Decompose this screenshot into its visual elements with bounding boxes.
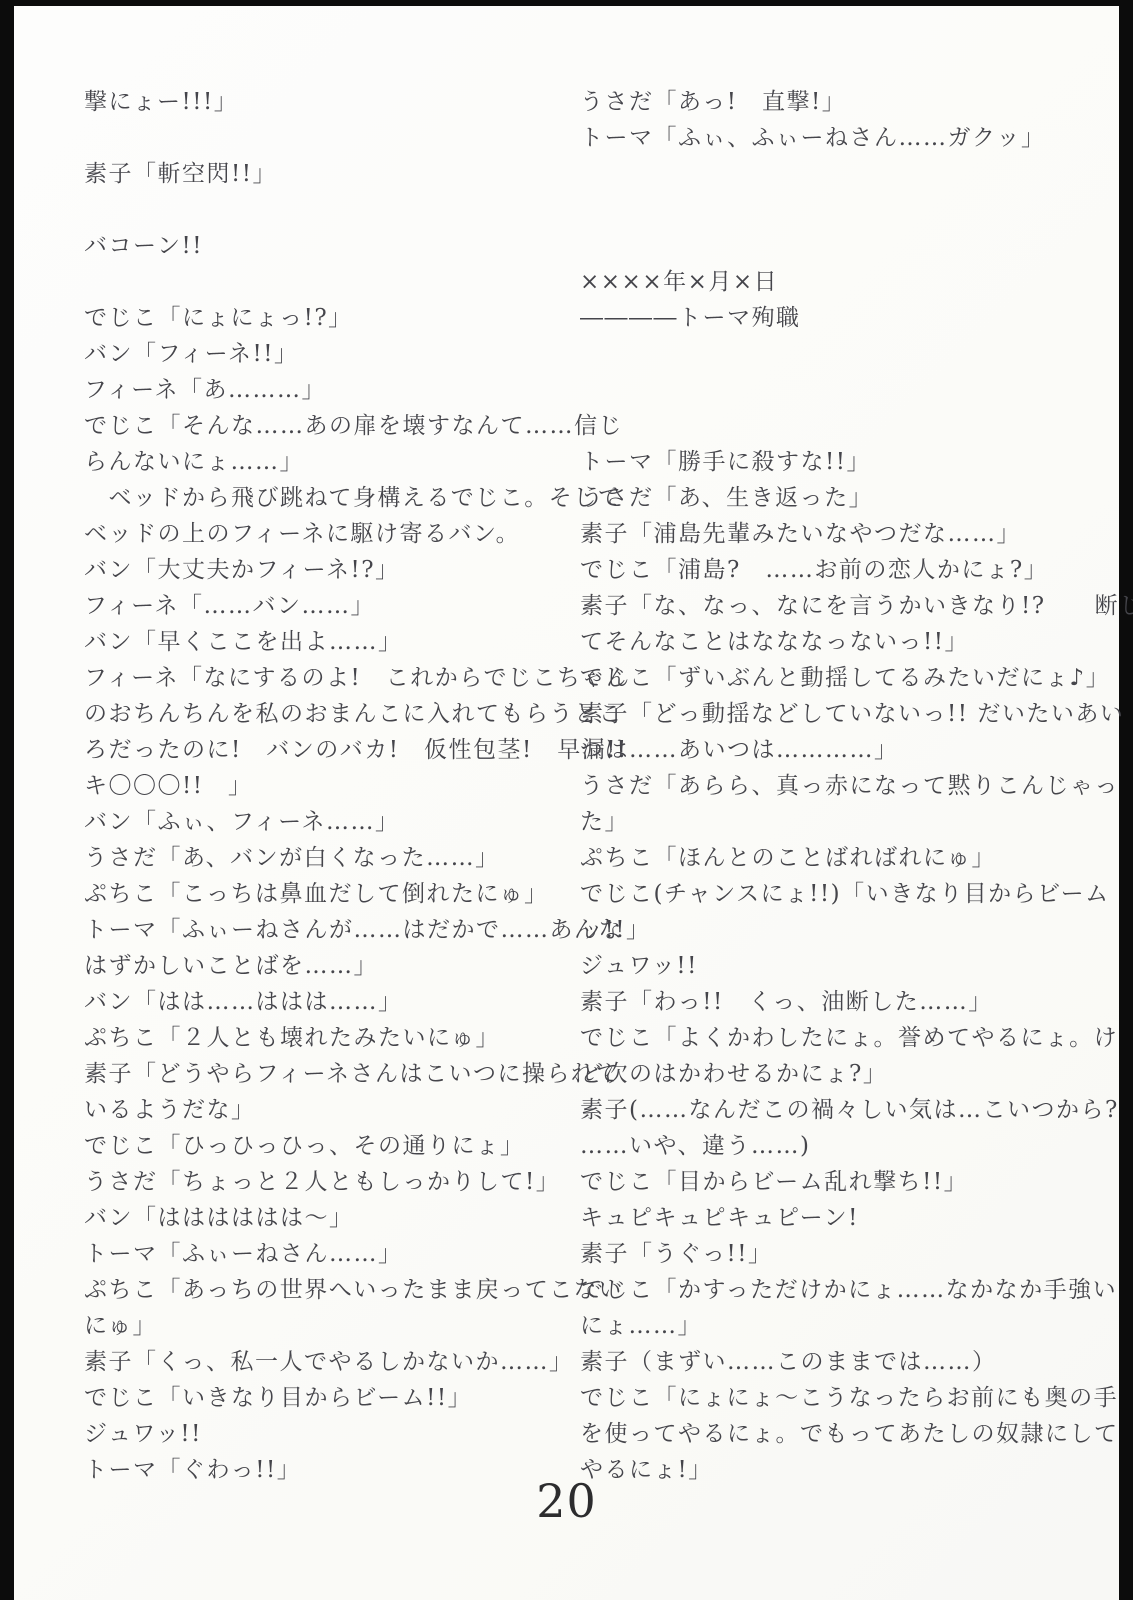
- text-line: バン「早くここを出よ……」: [84, 624, 564, 660]
- scanned-page: 撃にょー!!!」 素子「斬空閃!!」 バコーン!! でじこ「にょにょっ!?」バン…: [0, 0, 1133, 1600]
- text-line: ど次のはかわせるかにょ?」: [580, 1056, 1105, 1092]
- text-line: はずかしいことばを……」: [84, 948, 564, 984]
- text-line: でじこ「にょにょっ!?」: [84, 300, 564, 336]
- text-line: うさだ「ちょっと２人ともしっかりして!」: [84, 1164, 564, 1200]
- text-line: キ〇〇〇!! 」: [84, 768, 564, 804]
- text-line: 素子「浦島先輩みたいなやつだな……」: [580, 516, 1105, 552]
- text-line: 撃にょー!!!」: [84, 84, 564, 120]
- text-line: 素子「くっ、私一人でやるしかないか……」: [84, 1344, 564, 1380]
- text-line: うさだ「あらら、真っ赤になって黙りこんじゃっ: [580, 768, 1105, 804]
- text-line: フィーネ「なにするのよ! これからでじこちゃん: [84, 660, 564, 696]
- text-line: を使ってやるにょ。でもってあたしの奴隷にして: [580, 1416, 1105, 1452]
- text-line: でじこ「にょにょ〜こうなったらお前にも奥の手: [580, 1380, 1105, 1416]
- text-line: キュピキュピキュピーン!: [580, 1200, 1105, 1236]
- text-line: ジュワッ!!: [580, 948, 1105, 984]
- text-line: 素子（まずい……このままでは……）: [580, 1344, 1105, 1380]
- text-line: いるようだな」: [84, 1092, 564, 1128]
- text-line: ぷちこ「２人とも壊れたみたいにゅ」: [84, 1020, 564, 1056]
- text-line: のおちんちんを私のおまんこに入れてもらうとこ: [84, 696, 564, 732]
- text-line: にょ……」: [580, 1308, 1105, 1344]
- text-line: バン「ふぃ、フィーネ……」: [84, 804, 564, 840]
- text-line: 素子「わっ!! くっ、油断した……」: [580, 984, 1105, 1020]
- text-line: [580, 408, 1105, 444]
- text-line: にゅ」: [84, 1308, 564, 1344]
- text-line: うさだ「あ、生き返った」: [580, 480, 1105, 516]
- text-line: 素子「な、なっ、なにを言うかいきなり!? 断じ: [580, 588, 1105, 624]
- text-line: フィーネ「……バン……」: [84, 588, 564, 624]
- text-line: [580, 192, 1105, 228]
- text-line: 素子「どっ動揺などしていないっ!! だいたいあい: [580, 696, 1105, 732]
- text-line: フィーネ「あ………」: [84, 372, 564, 408]
- text-line: トーマ「勝手に殺すな!!」: [580, 444, 1105, 480]
- text-line: [84, 192, 564, 228]
- page-number: 20: [14, 1474, 1119, 1528]
- text-line: 素子「斬空閃!!」: [84, 156, 564, 192]
- text-line: バン「はははははは〜」: [84, 1200, 564, 1236]
- text-line: トーマ「ふぃ、ふぃーねさん……ガクッ」: [580, 120, 1105, 156]
- text-line: トーマ「ふぃーねさん……」: [84, 1236, 564, 1272]
- text-line: バン「フィーネ!!」: [84, 336, 564, 372]
- text-line: 素子(……なんだこの禍々しい気は…こいつから?: [580, 1092, 1105, 1128]
- right-text-column: うさだ「あっ! 直撃!」トーマ「ふぃ、ふぃーねさん……ガクッ」 ××××年×月×…: [580, 84, 1105, 1488]
- text-line: ろだったのに! バンのバカ! 仮性包茎! 早漏!!: [84, 732, 564, 768]
- text-line: でじこ「浦島? ……お前の恋人かにょ?」: [580, 552, 1105, 588]
- text-line: バン「はは……ははは……」: [84, 984, 564, 1020]
- text-line: でじこ「ひっひっひっ、その通りにょ」: [84, 1128, 564, 1164]
- text-line: ……いや、違う……): [580, 1128, 1105, 1164]
- paper-sheet: 撃にょー!!!」 素子「斬空閃!!」 バコーン!! でじこ「にょにょっ!?」バン…: [14, 6, 1119, 1600]
- text-line: トーマ「ふぃーねさんが……はだかで……あんな: [84, 912, 564, 948]
- text-line: ベッドの上のフィーネに駆け寄るバン。: [84, 516, 564, 552]
- text-line: ジュワッ!!: [84, 1416, 564, 1452]
- text-line: ぷちこ「こっちは鼻血だして倒れたにゅ」: [84, 876, 564, 912]
- text-line: [580, 156, 1105, 192]
- text-line: バコーン!!: [84, 228, 564, 264]
- left-text-column: 撃にょー!!!」 素子「斬空閃!!」 バコーン!! でじこ「にょにょっ!?」バン…: [84, 84, 564, 1488]
- text-line: 素子「どうやらフィーネさんはこいつに操られて: [84, 1056, 564, 1092]
- text-line: [84, 120, 564, 156]
- text-line: [84, 264, 564, 300]
- text-line: でじこ「目からビーム乱れ撃ち!!」: [580, 1164, 1105, 1200]
- text-line: でじこ(チャンスにょ!!)「いきなり目からビーム: [580, 876, 1105, 912]
- text-line: ぷちこ「あっちの世界へいったまま戻ってこない: [84, 1272, 564, 1308]
- text-line: てそんなことはなななっないっ!!」: [580, 624, 1105, 660]
- text-line: うさだ「あっ! 直撃!」: [580, 84, 1105, 120]
- text-line: でじこ「ずいぶんと動揺してるみたいだにょ♪」: [580, 660, 1105, 696]
- text-line: た」: [580, 804, 1105, 840]
- text-line: つは……あいつは…………」: [580, 732, 1105, 768]
- text-line: [580, 228, 1105, 264]
- text-line: らんないにょ……」: [84, 444, 564, 480]
- text-line: [580, 372, 1105, 408]
- text-line: ××××年×月×日: [580, 264, 1105, 300]
- text-line: うさだ「あ、バンが白くなった……」: [84, 840, 564, 876]
- text-line: でじこ「そんな……あの扉を壊すなんて……信じ: [84, 408, 564, 444]
- text-line: ッ!!」: [580, 912, 1105, 948]
- text-line: バン「大丈夫かフィーネ!?」: [84, 552, 564, 588]
- text-line: 素子「うぐっ!!」: [580, 1236, 1105, 1272]
- text-line: でじこ「いきなり目からビーム!!」: [84, 1380, 564, 1416]
- text-line: [580, 336, 1105, 372]
- text-line: でじこ「かすっただけかにょ……なかなか手強い: [580, 1272, 1105, 1308]
- text-line: ベッドから飛び跳ねて身構えるでじこ。そして: [84, 480, 564, 516]
- text-line: ――――トーマ殉職: [580, 300, 1105, 336]
- text-line: でじこ「よくかわしたにょ。誉めてやるにょ。け: [580, 1020, 1105, 1056]
- text-line: ぷちこ「ほんとのことばればれにゅ」: [580, 840, 1105, 876]
